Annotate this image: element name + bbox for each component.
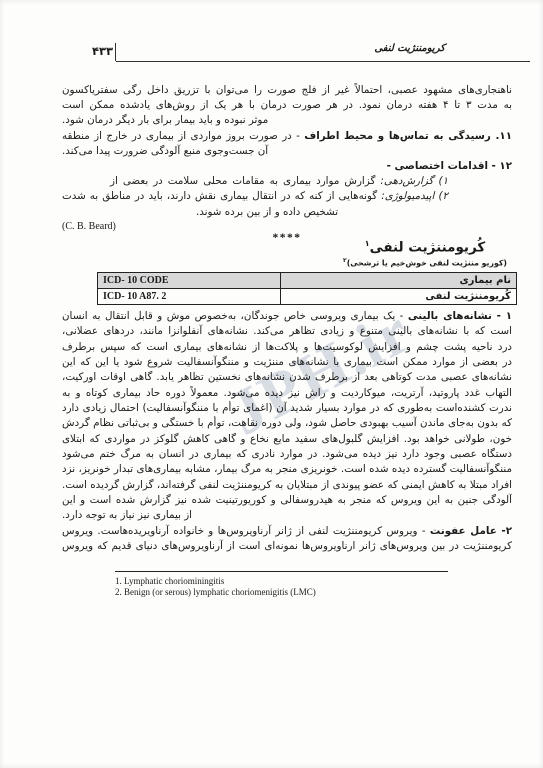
- text-line: افراد مبتلا به کاهش ایمنی که عضو پیوندی …: [62, 478, 512, 493]
- page-number: ۴۳۳: [92, 44, 113, 58]
- text-line: ناهنجاری‌های مشهود عصبی، احتمالاً غیر از…: [62, 83, 512, 98]
- running-title: کریومننژیت لنفی: [374, 43, 445, 54]
- text-line: التهاب غدد پاروتید، آرتریت، میوکاردیت و …: [62, 386, 512, 401]
- article-title: کُریومننژیت لنفی۱: [330, 239, 520, 256]
- text-line: ۲) اپیدمیولوژی: گونه‌هایی از کنه که در ا…: [62, 189, 512, 204]
- text-line: که بدون به‌جای ماندن آسیب بهبودی حاصل شو…: [62, 416, 512, 431]
- icd-code-header-cell: ICD- 10 CODE: [98, 273, 281, 289]
- footnote-2: 2. Benign (or serous) lymphatic choriome…: [115, 587, 316, 598]
- footnote-1: 1. Lymphatic choriominingitis: [115, 576, 316, 587]
- article-subtitle: (کوریو مننژیت لنفی خوش‌خیم یا ترشحی)۲: [330, 257, 520, 268]
- text-line: دستگاه عصبی وجود دارد نیز دیده می‌شود. د…: [62, 447, 512, 462]
- article-title-text: کُریومننژیت لنفی: [370, 240, 486, 256]
- text-line: ۲- عامل عفونت - ویروس کریومننژیت لنفی از…: [62, 524, 512, 539]
- table-header-row: ICD- 10 CODE نام بیماری: [98, 273, 517, 289]
- disease-name-header-cell: نام بیماری: [281, 273, 517, 289]
- article-subtitle-text: (کوریو مننژیت لنفی خوش‌خیم یا ترشحی): [347, 258, 507, 267]
- text-line: درد ناحیه پشت چشم و افزایش لوکوسیت‌ها و …: [62, 340, 512, 355]
- footnote-rule: [115, 571, 448, 572]
- article-body-text: ۱ - نشانه‌های بالینی - یک بیماری ویروسی …: [62, 309, 512, 555]
- text-line: موثر نبوده و باید بیمار برای بار دیگر در…: [62, 113, 512, 128]
- text-line: آلودگی جنین به این ویروس که منجر به هیدر…: [62, 493, 512, 508]
- text-line: است که با نشانه‌های بالینی متنوع و زیادی…: [62, 324, 512, 339]
- document-page: کریومننژیت لنفی ۴۳۳ JPH.ir ناهنجاری‌های …: [0, 0, 543, 768]
- footnotes: 1. Lymphatic choriominingitis 2. Benign …: [115, 576, 316, 597]
- text-line: ۱) گزارش‌دهی: گزارش موارد بیماری به مقام…: [62, 174, 512, 189]
- text-line: (C. B. Beard): [62, 220, 512, 234]
- text-line: خون، طولانی خواهد بود. افزایش گلبول‌های …: [62, 432, 512, 447]
- text-line: به مدت ۳ تا ۴ هفته درمان نمود. در هر صور…: [62, 98, 512, 113]
- article-heading: کُریومننژیت لنفی۱ (کوریو مننژیت لنفی خوش…: [330, 239, 520, 267]
- disease-name-cell: کُریومننژیت لنفی: [281, 289, 517, 305]
- text-line: مننگوآنسفالیت گسترده دیده شده است. خونری…: [62, 462, 512, 477]
- text-line: ندرت کشنده‌است به‌طوری که در موارد بسیار…: [62, 401, 512, 416]
- table-row: ICD- 10 A87. 2 کُریومننژیت لنفی: [98, 289, 517, 305]
- continued-section-text: ناهنجاری‌های مشهود عصبی، احتمالاً غیر از…: [62, 83, 512, 245]
- text-line: تشخیص داده و از بین برده شوند.: [62, 205, 512, 220]
- text-line: در بعضی از موارد ممکن است بیماری با نشان…: [62, 355, 512, 370]
- text-line: از بیماری نیز نیاز به توجه دارد.: [62, 508, 512, 523]
- text-line: ۱۱. رسیدگی به تماس‌ها و محیط اطراف - در …: [62, 129, 512, 144]
- disease-id-table: ICD- 10 CODE نام بیماری ICD- 10 A87. 2 ک…: [97, 272, 517, 305]
- text-line: نشانه‌های عصبی مدت کوتاهی بعد از برطرف ش…: [62, 370, 512, 385]
- text-line: ۱ - نشانه‌های بالینی - یک بیماری ویروسی …: [62, 309, 512, 324]
- header-divider-bar: [115, 43, 116, 61]
- header-rule: [116, 61, 530, 62]
- text-line: کریومننژیت در بین ویروس‌های ژانر ارناویر…: [62, 539, 512, 554]
- text-line: ۱۲ - اقدامات اختصاصی -: [62, 159, 512, 174]
- icd-code-cell: ICD- 10 A87. 2: [98, 289, 281, 305]
- text-line: آن جست‌وجوی منبع آلودگی ضرورت پیدا می‌کن…: [62, 144, 512, 159]
